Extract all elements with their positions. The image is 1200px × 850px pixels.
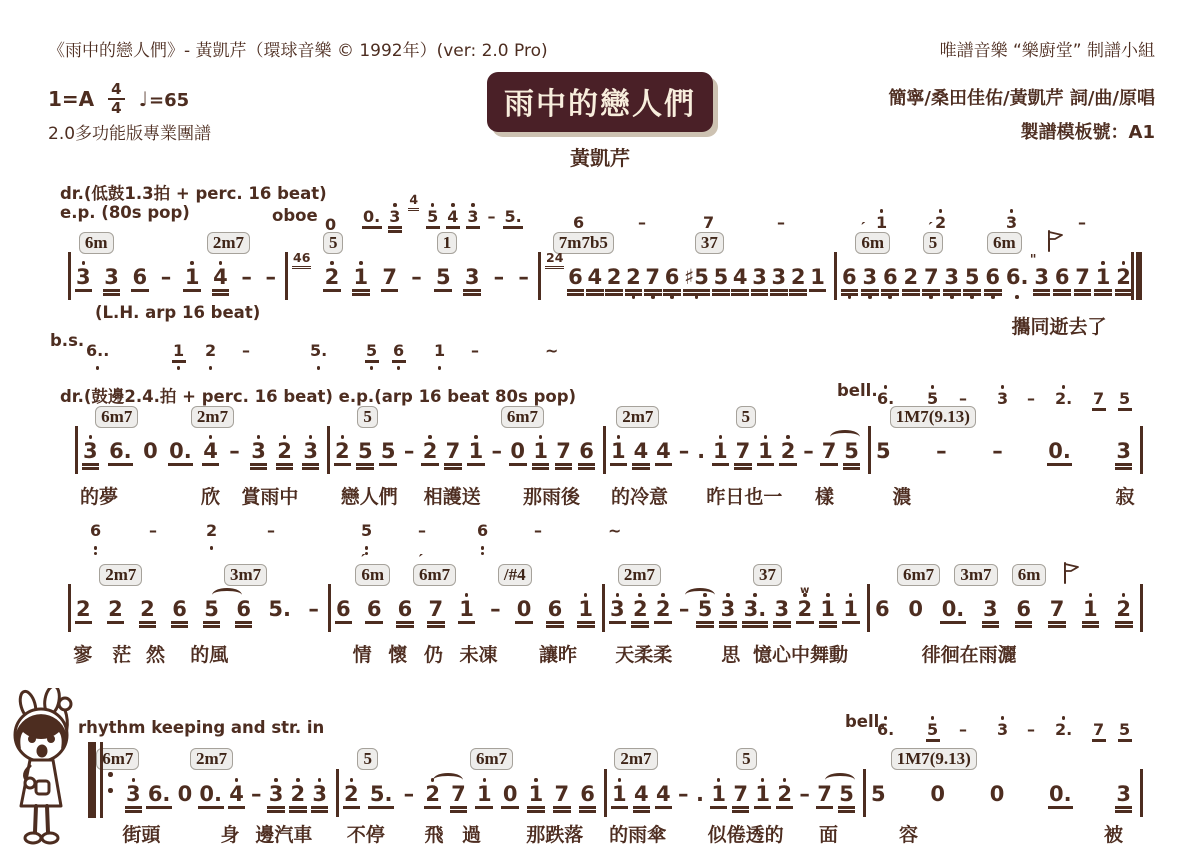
note-token: 2 <box>1115 590 1132 637</box>
note-token: – <box>533 514 543 556</box>
note-token: – <box>403 432 416 479</box>
notes-row: 25.–2710176 <box>343 775 596 822</box>
note-token: 6 <box>335 590 352 637</box>
note-token: – <box>307 590 320 637</box>
note-token: 6 <box>89 514 102 556</box>
note-token: 4 <box>655 775 672 822</box>
annotation-ann: rhythm keeping and str. in <box>78 718 324 737</box>
note-token: 2 <box>632 590 649 637</box>
note-token: 1 <box>819 590 836 637</box>
note-token: 2 <box>606 258 623 305</box>
lyrics-row: 寥茫然的風 <box>68 640 328 664</box>
note-token: 5 <box>697 590 714 637</box>
note-token: 3 <box>268 775 285 822</box>
notes-row: 322–533.32w11 <box>609 590 859 637</box>
note-token: 7 <box>381 258 398 305</box>
chord-chip: 6m7 <box>470 748 513 770</box>
note-token: 2 <box>139 590 156 637</box>
note-token: 1 <box>577 590 594 637</box>
note-token: 2 <box>324 258 341 305</box>
note-token: – <box>935 432 948 479</box>
barline <box>603 426 606 474</box>
chord-row: 6m56m <box>834 232 1140 256</box>
lyric-syllable: 濃 <box>892 482 911 509</box>
lyric-syllable: 似倦透的 <box>708 820 784 847</box>
annotation-lh: (L.H. arp 16 beat) <box>95 303 260 322</box>
note-token: 3 <box>982 590 999 637</box>
note-token: 3 <box>861 258 878 305</box>
chord-chip: 6m7 <box>501 406 544 428</box>
repeat-dot <box>108 772 113 777</box>
lyrics-row: 徘徊在雨灑 <box>867 640 1140 664</box>
chord-row: 2m73m7 <box>68 564 328 588</box>
note-token: 1 <box>172 334 185 376</box>
note-token: 7 <box>644 258 661 305</box>
note-token: 2 <box>343 775 360 822</box>
note-token: 7 <box>427 590 444 637</box>
chord-chip: 6m <box>1012 564 1047 586</box>
note-token: 7 <box>732 775 749 822</box>
barline <box>68 252 71 300</box>
note-token: – <box>228 432 241 479</box>
lyric-syllable: 的夢 <box>80 482 118 509</box>
note-token: 2 <box>776 775 793 822</box>
note-token: – <box>798 775 811 822</box>
note-token: 7 <box>553 775 570 822</box>
lyric-syllable: 讓昨 <box>539 640 577 667</box>
note-token: 4 <box>633 775 650 822</box>
note-token: 2 <box>790 258 807 305</box>
note-token: 7 <box>555 432 572 479</box>
lyrics-row: 的夢欣賞雨中 <box>75 482 327 506</box>
end-barline <box>1140 584 1143 632</box>
note-token: 1 <box>532 432 549 479</box>
notes-row: 144–.1712–75 <box>610 432 860 479</box>
note-token: 2 <box>655 590 672 637</box>
note-token: – <box>410 258 423 305</box>
note-token: 2 <box>107 590 124 637</box>
chord-chip: 2m7 <box>191 406 234 428</box>
note-token: – <box>489 590 502 637</box>
note-token: 6 <box>132 258 149 305</box>
note-token: 3 <box>464 258 481 305</box>
note-token: 2 <box>204 334 217 376</box>
grace-notes: 46 <box>292 252 311 269</box>
barline <box>868 426 871 474</box>
note-token: 6 <box>366 590 383 637</box>
chord-chip: 6m <box>79 232 114 254</box>
chord-row: 1M7(9.13) <box>868 406 1140 430</box>
notes-row: 36.00.4–323 <box>125 775 328 822</box>
bunny-girl-mascot-icon <box>0 688 95 850</box>
chord-chip: 5 <box>736 406 757 428</box>
lyric-syllable: 邊汽車 <box>255 820 312 847</box>
notes-row: 5––0.3 <box>875 432 1132 479</box>
note-token: 3 <box>125 775 142 822</box>
note-token: 6 <box>578 432 595 479</box>
lyric-syllable: 天柔柔 <box>615 640 672 667</box>
lyric-syllable: 樣 <box>815 482 834 509</box>
note-token: 3 <box>720 590 737 637</box>
note-token: 1 <box>754 775 771 822</box>
note-token: 1 <box>809 258 826 305</box>
lyric-syllable: 憶心中舞動 <box>753 640 848 667</box>
note-token: 4 <box>212 258 229 305</box>
lyric-syllable: 的風 <box>190 640 228 667</box>
note-token: 0 <box>509 432 526 479</box>
notes-row: 24642276♯5543321 <box>545 258 826 305</box>
chord-row: 2m75 <box>603 406 868 430</box>
note-token: 0 <box>516 590 533 637</box>
note-token: 5 <box>380 432 397 479</box>
lyric-syllable: 面 <box>819 820 838 847</box>
chord-chip: 6m7 <box>95 406 138 428</box>
note-token: 0 <box>142 432 159 479</box>
barline <box>327 426 330 474</box>
lyric-syllable: 被 <box>1104 820 1123 847</box>
chord-chip: 6m7 <box>413 564 456 586</box>
notes-row: 636273566."36712 <box>841 258 1132 305</box>
annotation-ep: e.p. (80s pop) <box>60 203 190 222</box>
note-token: 1 <box>842 590 859 637</box>
annotation-bs_label: b.s. <box>50 331 84 350</box>
chord-row: 56m7 <box>327 406 603 430</box>
chord-chip: 2m7 <box>207 232 250 254</box>
chord-chip: 1 <box>437 232 458 254</box>
lyric-syllable: 寂 <box>1116 482 1135 509</box>
note-token: 3 <box>311 775 328 822</box>
chord-row: 6m73m76m <box>867 564 1140 588</box>
note-token: 1 <box>184 258 201 305</box>
note-token: 2 <box>625 258 642 305</box>
lyric-syllable: 不停 <box>347 820 385 847</box>
note-token: – <box>991 432 1004 479</box>
note-token: 7 <box>1049 590 1066 637</box>
note-token: 5 <box>964 258 981 305</box>
note-token: 6.. <box>85 334 110 376</box>
note-token: 7 <box>450 775 467 822</box>
note-token: 4 <box>732 258 749 305</box>
notes-row: 336–14–– <box>75 258 277 305</box>
note-token: 5. <box>267 590 292 637</box>
lyric-syllable: 的冷意 <box>611 482 668 509</box>
note-token: – <box>250 775 263 822</box>
note-token: ~ <box>544 334 559 376</box>
lyric-syllable: 容 <box>899 820 918 847</box>
note-token: 7 <box>445 432 462 479</box>
chord-row: 1M7(9.13) <box>863 748 1140 772</box>
note-token: 0. <box>168 432 193 479</box>
note-token: . <box>695 775 705 822</box>
chord-row: 6m2m7 <box>68 232 285 256</box>
note-token: 3 <box>751 258 768 305</box>
chord-chip: 3m7 <box>224 564 267 586</box>
note-token: 6 <box>1054 258 1071 305</box>
notes-row: 2226565.– <box>75 590 320 637</box>
note-token: 1 <box>528 775 545 822</box>
note-token: – <box>470 334 480 376</box>
note-token: – <box>517 258 530 305</box>
note-token: 6 <box>476 514 489 556</box>
note-token: 5 <box>713 258 730 305</box>
note-token: – <box>241 334 251 376</box>
note-token: 0 <box>907 590 924 637</box>
repeat-barline-thin <box>100 742 103 818</box>
note-token: 2 <box>780 432 797 479</box>
chord-chip: 5 <box>357 406 378 428</box>
note-token: – <box>266 514 276 556</box>
note-token: 2 <box>290 775 307 822</box>
note-token: 7 <box>923 258 940 305</box>
note-token: 0. <box>941 590 966 637</box>
lyric-syllable: 過 <box>462 820 481 847</box>
chord-chip: 6m7 <box>897 564 940 586</box>
chord-chip: 2m7 <box>99 564 142 586</box>
barline <box>867 584 870 632</box>
note-token: – <box>240 258 253 305</box>
note-token: 5. <box>309 334 328 376</box>
note-token: 0 <box>929 775 946 822</box>
note-token: 6. <box>147 775 172 822</box>
lyric-syllable: 寥 <box>73 640 92 667</box>
chord-chip: 6m <box>987 232 1022 254</box>
note-token: 7 <box>816 775 833 822</box>
chord-chip: 5 <box>736 748 757 770</box>
note-token: 6 <box>547 590 564 637</box>
barline <box>328 584 331 632</box>
note-token: 5 <box>875 432 892 479</box>
note-token: 5. <box>369 775 394 822</box>
barline <box>68 584 71 632</box>
note-token: 5 <box>843 432 860 479</box>
lyrics-row: 戀人們相護送那雨後 <box>327 482 603 506</box>
note-token: – <box>678 432 691 479</box>
chord-chip: 2m7 <box>616 406 659 428</box>
lyric-syllable: 戀人們 <box>341 482 398 509</box>
note-token: 6 <box>664 258 681 305</box>
lyric-syllable: 思 <box>721 640 740 667</box>
final-barline-thick <box>1136 252 1142 300</box>
note-token: 2 <box>75 590 92 637</box>
chord-chip: 37 <box>695 232 724 254</box>
note-token: 4 <box>655 432 672 479</box>
lyrics-row: 街頭身邊汽車 <box>118 820 336 844</box>
chord-chip: 6m <box>355 564 390 586</box>
repeat-dot <box>108 788 113 793</box>
barline <box>863 769 866 817</box>
note-token: 1 <box>611 775 628 822</box>
note-token: 2 <box>276 432 293 479</box>
note-token: 1 <box>710 775 727 822</box>
note-token: 7 <box>1074 258 1091 305</box>
note-token: – <box>417 514 427 556</box>
note-token: 2 <box>1115 258 1132 305</box>
note-token: 3 <box>1115 432 1132 479</box>
annotation-drum: dr.(低鼓1.3拍 + perc. 16 beat) <box>60 180 327 204</box>
notes-row: 600.36712 <box>874 590 1132 637</box>
note-token: 1 <box>353 258 370 305</box>
notes-row: 36.00.4–323 <box>82 432 319 479</box>
chord-chip: 37 <box>753 564 782 586</box>
note-token: – <box>802 432 815 479</box>
lyrics-row: 不停飛過那跌落 <box>336 820 604 844</box>
note-token: 3 <box>103 258 120 305</box>
lyrics-row: 的雨傘似倦透的面 <box>604 820 863 844</box>
chord-row: 7m7b537 <box>538 232 834 256</box>
lyric-syllable: 情 <box>353 640 372 667</box>
barline <box>602 584 605 632</box>
note-token: – <box>677 775 690 822</box>
note-token: – <box>160 258 173 305</box>
note-token: 1 <box>433 334 446 376</box>
note-token: 5 <box>203 590 220 637</box>
chord-chip: 3m7 <box>954 564 997 586</box>
lyric-syllable: 相護送 <box>424 482 481 509</box>
note-token: – <box>148 514 158 556</box>
note-token: 0. <box>1047 432 1072 479</box>
note-token: 6 <box>579 775 596 822</box>
note-token: 5 <box>365 334 378 376</box>
chord-chip: 5 <box>357 748 378 770</box>
chord-chip: /#4 <box>498 564 532 586</box>
lyric-syllable: 懷 <box>388 640 407 667</box>
lyric-syllable: 未凍 <box>460 640 498 667</box>
grace-notes: 24 <box>545 252 564 269</box>
chord-row: 6m72m7 <box>118 748 336 772</box>
notes-row: 46217–53–– <box>292 258 530 305</box>
barline <box>834 252 837 300</box>
note-token: 5 <box>360 514 373 556</box>
lyric-syllable: 的雨傘 <box>609 820 666 847</box>
note-token: 4 <box>202 432 219 479</box>
note-token: 3 <box>609 590 626 637</box>
chord-row: 56m7 <box>336 748 604 772</box>
chord-chip: 2m7 <box>614 748 657 770</box>
grace-notes: 4̇ <box>408 194 419 211</box>
chord-row: 51 <box>285 232 538 256</box>
chord-chip: 1M7(9.13) <box>891 748 977 770</box>
barline <box>604 769 607 817</box>
note-token: 1 <box>610 432 627 479</box>
lyric-syllable: 賞雨中 <box>241 482 298 509</box>
lyric-syllable: 攜同逝去了 <box>1011 312 1106 339</box>
lyrics-row: 的冷意昨日也一樣 <box>603 482 868 506</box>
notes-row: 144–.1712–75 <box>611 775 855 822</box>
note-token: 0. <box>1048 775 1073 822</box>
lyrics-row: 濃寂 <box>868 482 1140 506</box>
note-token: – <box>678 590 691 637</box>
note-token: 6 <box>235 590 252 637</box>
note-token: 1 <box>1095 258 1112 305</box>
note-token: 5 <box>838 775 855 822</box>
chord-chip: 2m7 <box>190 748 233 770</box>
lyric-syllable: 茫 <box>112 640 131 667</box>
lyric-syllable: 欣 <box>201 482 220 509</box>
note-token: 3 <box>943 258 960 305</box>
note-token: 6. <box>108 432 133 479</box>
lyrics-row: 情懷仍未凍讓昨 <box>328 640 602 664</box>
note-token: 1 <box>458 590 475 637</box>
note-token: 3 <box>771 258 788 305</box>
note-token: 5 <box>870 775 887 822</box>
pennant-flag-icon <box>1061 561 1081 589</box>
chord-chip: 1M7(9.13) <box>890 406 976 428</box>
lyric-syllable: 徘徊在雨灑 <box>922 640 1017 667</box>
lyric-syllable: 昨日也一 <box>706 482 782 509</box>
note-token: – <box>493 258 506 305</box>
note-token: – <box>265 258 278 305</box>
note-token: 7 <box>735 432 752 479</box>
chord-chip: 5 <box>923 232 944 254</box>
barline <box>336 769 339 817</box>
note-token: 4 <box>228 775 245 822</box>
note-token: 6 <box>171 590 188 637</box>
end-barline <box>1140 769 1143 817</box>
notes-row: 255–271–0176 <box>334 432 595 479</box>
note-token: 6 <box>1015 590 1032 637</box>
note-token: 5 <box>357 432 374 479</box>
chord-row: 6m72m7 <box>75 406 327 430</box>
lyrics-row: 攜同逝去了 <box>834 312 1140 336</box>
note-token: 6 <box>984 258 1001 305</box>
note-token: 1 <box>1082 590 1099 637</box>
barline <box>75 426 78 474</box>
note-token: 1 <box>476 775 493 822</box>
notes-row: 66671–061 <box>335 590 594 637</box>
note-token: – <box>491 432 504 479</box>
note-token: 3 <box>1115 775 1132 822</box>
note-token: 0. <box>198 775 223 822</box>
chord-row: 2m75 <box>604 748 863 772</box>
lyric-syllable: 仍 <box>424 640 443 667</box>
lyric-syllable: 飛 <box>424 820 443 847</box>
notes-row: 5000.3 <box>870 775 1132 822</box>
lyric-syllable: 身 <box>220 820 239 847</box>
note-token: 1 <box>757 432 774 479</box>
lyric-syllable: 然 <box>146 640 165 667</box>
note-token: 3 <box>774 590 791 637</box>
note-token: 2 <box>205 514 218 556</box>
note-token: 3 <box>82 432 99 479</box>
note-token: 6." <box>1005 258 1030 305</box>
lyrics-row: 天柔柔思憶心中舞動 <box>602 640 867 664</box>
note-token: 4 <box>633 432 650 479</box>
score-body: dr.(低鼓1.3拍 + perc. 16 beat)e.p. (80s pop… <box>0 0 1200 850</box>
note-token: – <box>403 775 416 822</box>
note-token: 3 <box>250 432 267 479</box>
note-token: 1 <box>468 432 485 479</box>
note-token: ~ <box>607 514 622 556</box>
note-token: 6 <box>841 258 858 305</box>
barline <box>285 252 288 300</box>
annotation-oboe_label: oboe <box>272 206 318 225</box>
chord-chip: 2m7 <box>618 564 661 586</box>
note-token: 0 <box>502 775 519 822</box>
pennant-flag-icon <box>1045 229 1065 257</box>
note-token: 3 <box>1033 258 1050 305</box>
note-token: 2 <box>422 432 439 479</box>
annotation-drum: dr.(鼓邊2.4.拍 + perc. 16 beat) e.p.(arp 16… <box>60 383 576 407</box>
chord-row: 6m6m7/#4 <box>328 564 602 588</box>
end-barline <box>1140 426 1143 474</box>
sheet-music-page: 《雨中的戀人們》- 黃凱芹（環球音樂 © 1992年）(ver: 2.0 Pro… <box>0 0 1200 850</box>
chord-chip: 5 <box>323 232 344 254</box>
note-token: 2 <box>334 432 351 479</box>
note-token: 3 <box>75 258 92 305</box>
note-token: 0 <box>177 775 194 822</box>
annotation-bell_label: bell. <box>837 381 878 400</box>
lyrics-row: 容被 <box>863 820 1140 844</box>
